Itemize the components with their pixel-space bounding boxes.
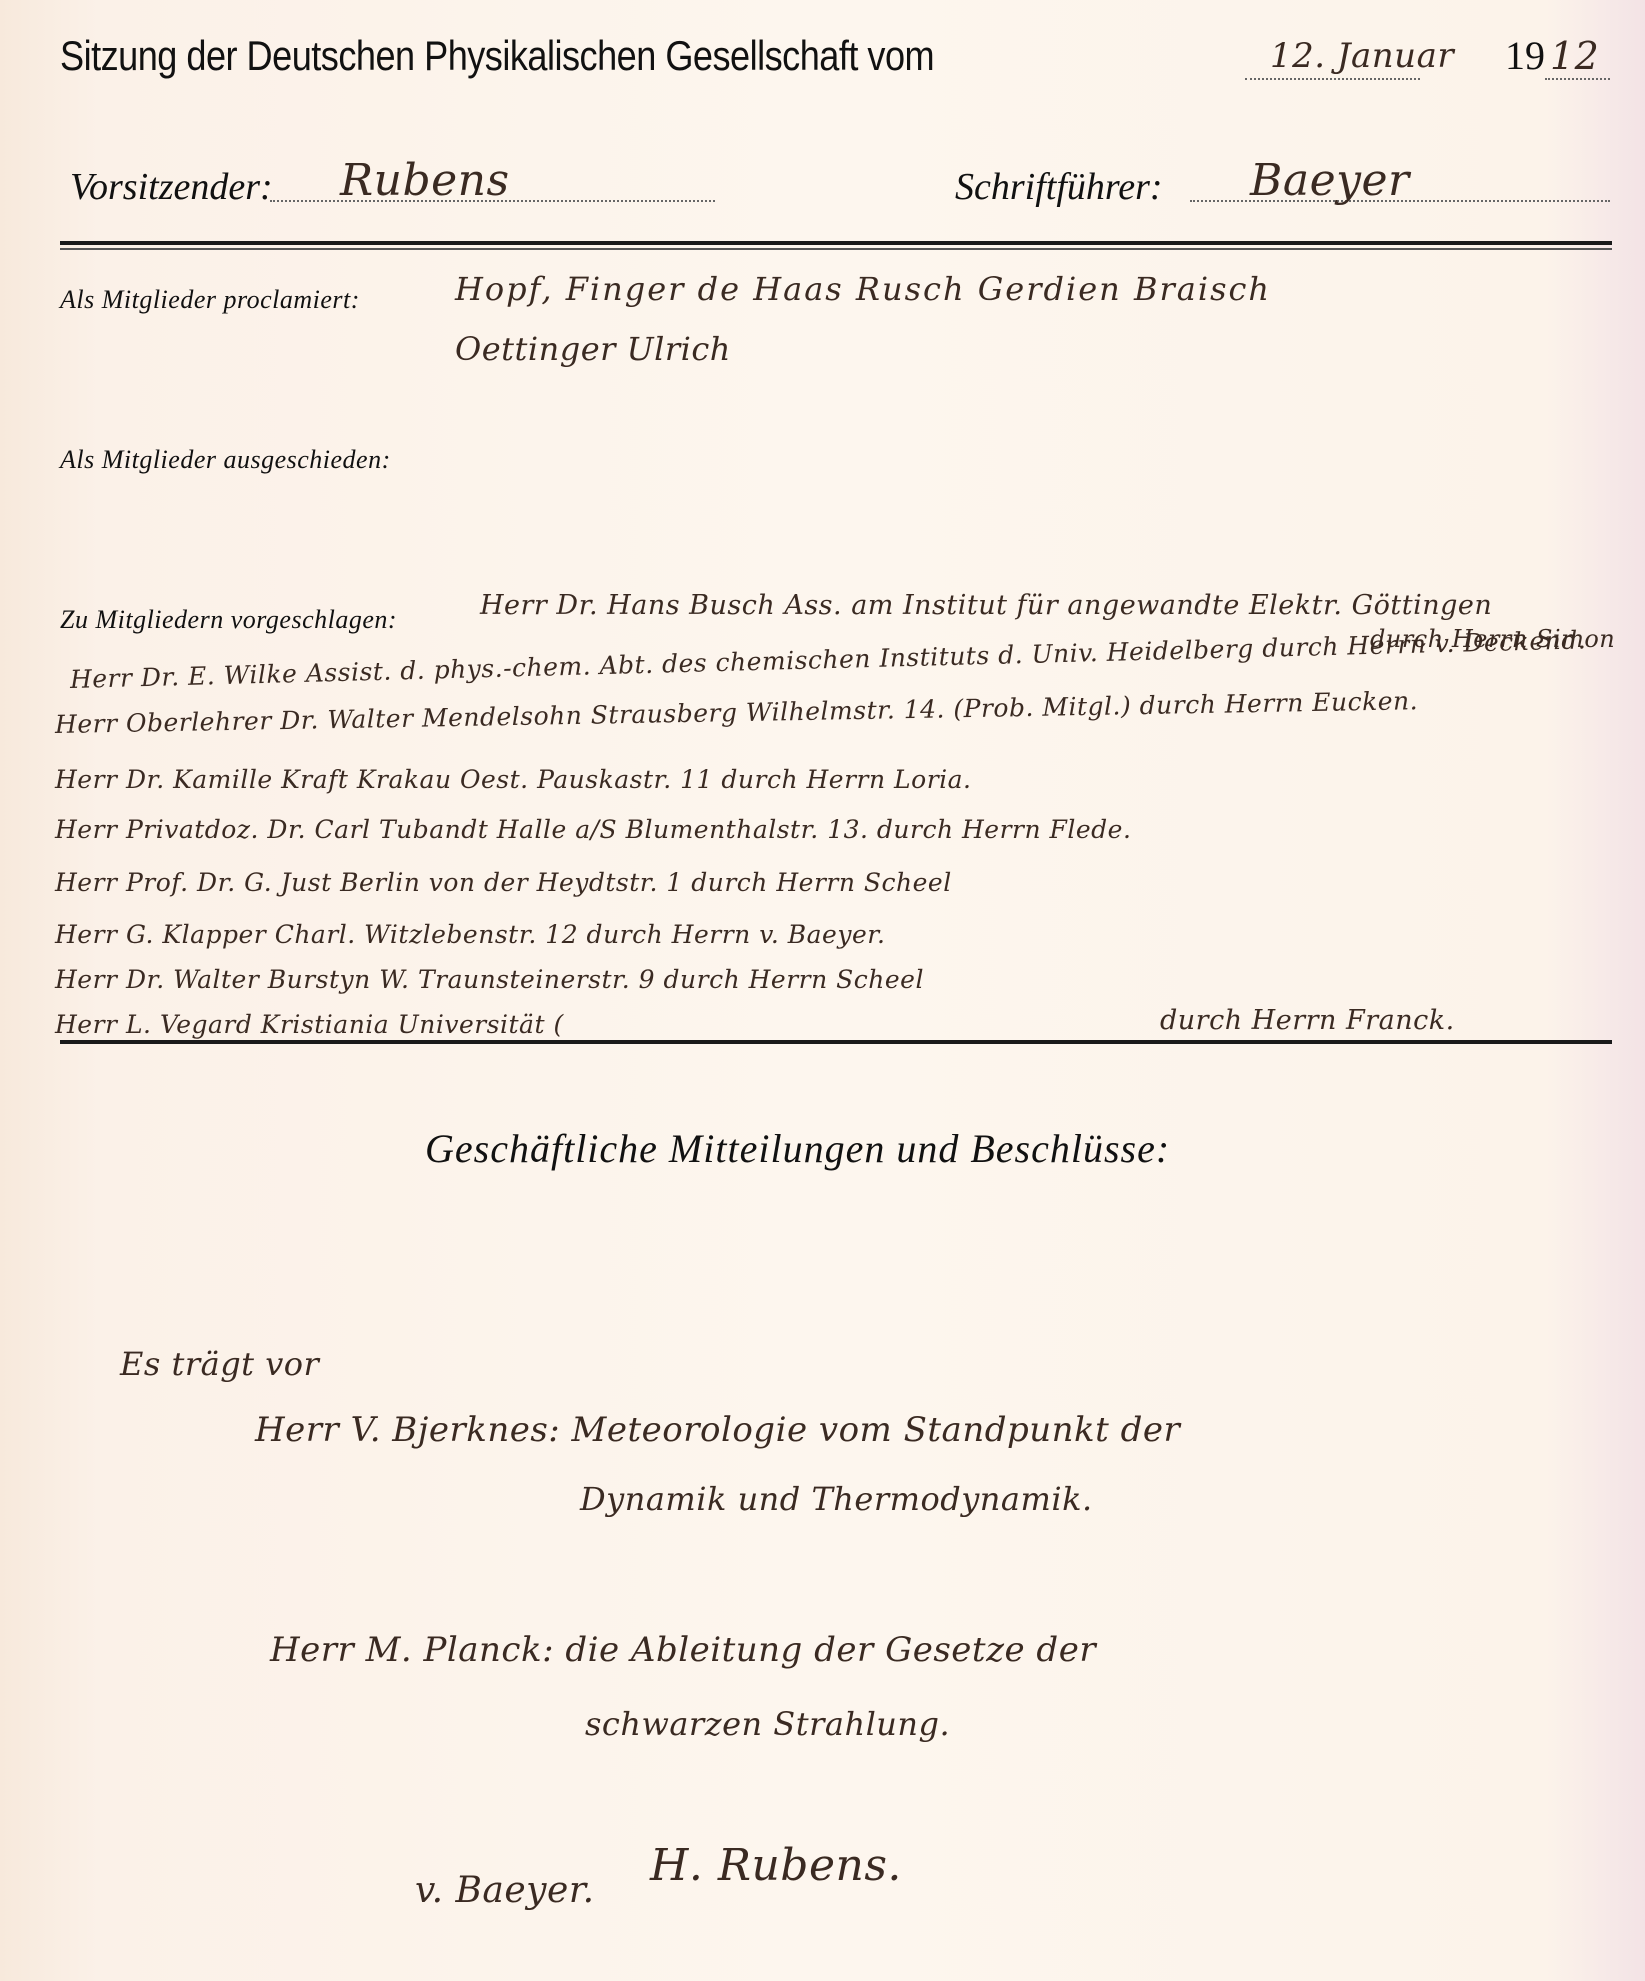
talk-2-line-1: Herr M. Planck: die Ableitung der Gesetz… [270,1630,1096,1670]
proclaimed-line-2: Oettinger Ulrich [455,330,731,368]
talk-1-line-2: Dynamik und Thermodynamik. [580,1480,1093,1518]
chair-value: Rubens [340,155,510,206]
signature-secretary: v. Baeyer. [415,1870,595,1911]
proposed-entry: Herr Prof. Dr. G. Just Berlin von der He… [55,868,952,897]
withdrawn-label: Als Mitglieder ausgeschieden: [60,445,391,475]
year-printed: 19 [1505,32,1545,79]
section-rule [60,1040,1612,1044]
proclaimed-line-1: Hopf, Finger de Haas Rusch Gerdien Brais… [455,270,1271,308]
talk-2-line-2: schwarzen Strahlung. [585,1705,950,1743]
proposed-entry: Herr G. Klapper Charl. Witzlebenstr. 12 … [55,920,885,949]
proposed-entry: Herr Dr. Kamille Kraft Krakau Oest. Paus… [55,765,972,794]
talk-1-line-1: Herr V. Bjerknes: Meteorologie vom Stand… [255,1410,1180,1450]
year-handwritten: 12 [1550,34,1599,78]
proclaimed-label: Als Mitglieder proclamiert: [60,285,360,315]
chair-label: Vorsitzender: [70,165,273,209]
talks-intro: Es trägt vor [120,1345,319,1383]
proposed-label: Zu Mitgliedern vorgeschlagen: [60,605,397,635]
proposed-entry: Herr Dr. Hans Busch Ass. am Institut für… [480,590,1492,621]
secretary-label: Schriftführer: [955,165,1163,209]
proposed-entry: Herr Dr. E. Wilke Assist. d. phys.-chem.… [70,625,1587,694]
proposed-entry: Herr Dr. Walter Burstyn W. Traunsteiners… [55,965,924,994]
signature-chair: H. Rubens. [650,1840,902,1891]
proposed-entry: Herr L. Vegard Kristiania Universität ( [55,1010,564,1039]
header-rule-thick [60,241,1612,245]
secretary-value: Baeyer [1250,155,1410,206]
header-rule-thin [60,248,1612,250]
proposed-entry: Herr Oberlehrer Dr. Walter Mendelsohn St… [55,686,1419,739]
business-heading: Geschäftliche Mitteilungen und Beschlüss… [425,1125,1170,1172]
proposed-entry-sponsor: durch Herrn Franck. [1160,1005,1455,1036]
date-dotted-line [1245,78,1420,80]
proposed-entry: Herr Privatdoz. Dr. Carl Tubandt Halle a… [55,815,1131,844]
document-title: Sitzung der Deutschen Physikalischen Ges… [60,32,934,80]
year-dotted-line [1545,78,1610,80]
date-handwritten: 12. Januar [1270,36,1454,76]
